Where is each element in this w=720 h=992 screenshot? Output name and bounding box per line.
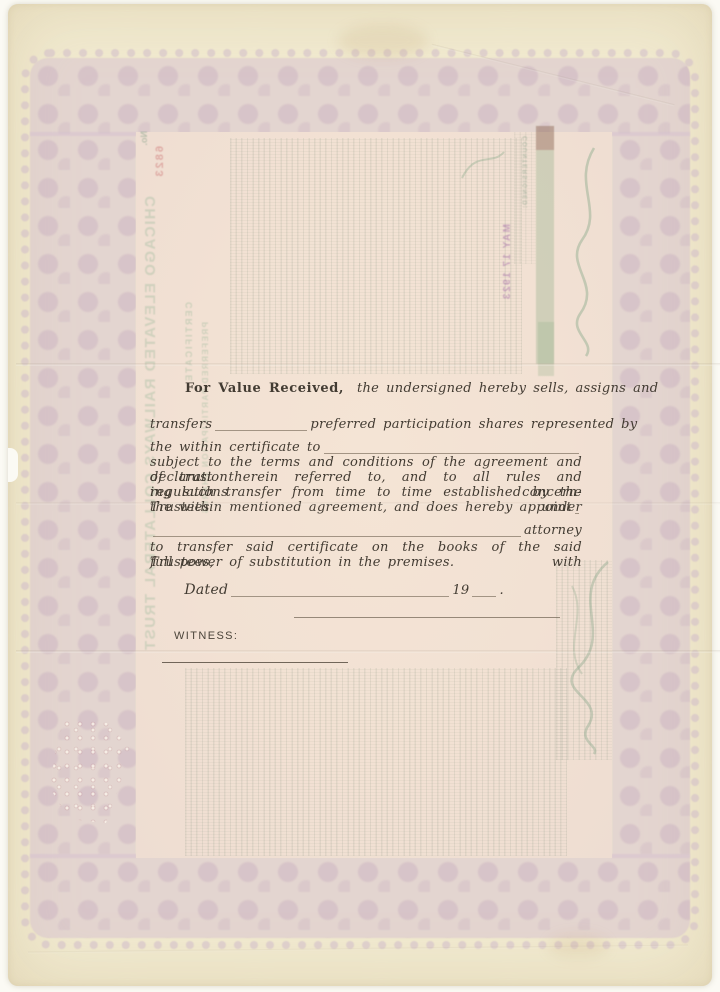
form-body-3: ing such transfer from time to time esta… bbox=[150, 485, 582, 501]
form-body-2: of trust therein referred to, and to all… bbox=[150, 470, 582, 486]
show-through-serial-label: No. bbox=[139, 131, 153, 157]
show-through-signature-small bbox=[458, 144, 508, 184]
show-through-serial-number: 6823 bbox=[154, 146, 168, 206]
show-through-text-columns-bottom bbox=[185, 668, 567, 856]
fold-crease-lower bbox=[16, 650, 720, 653]
form-body-6: full power of substitution in the premis… bbox=[150, 555, 582, 571]
appointee-blank bbox=[153, 524, 521, 537]
border-garland-bottom bbox=[30, 854, 690, 938]
line1-text: the undersigned hereby sells, assigns an… bbox=[357, 381, 658, 396]
dated-blank bbox=[231, 584, 449, 597]
form-attorney-line: attorney bbox=[150, 523, 582, 539]
fold-crease-upper bbox=[16, 363, 720, 366]
show-through-panel-cap bbox=[536, 126, 554, 150]
year-blank bbox=[472, 584, 496, 597]
border-garland-top bbox=[30, 58, 690, 136]
signature-line bbox=[294, 617, 560, 618]
shares-count-blank bbox=[215, 418, 307, 431]
show-through-date-stamp: MAY 17 1923 bbox=[502, 224, 518, 296]
form-line-1: For Value Received, the undersigned here… bbox=[150, 381, 582, 397]
witness-label: WITNESS: bbox=[174, 630, 606, 646]
line2-text: preferred participation shares represent… bbox=[310, 417, 637, 432]
fold-crease-middle bbox=[16, 502, 720, 505]
transferee-name-blank bbox=[324, 441, 579, 454]
stain-bottom bbox=[548, 934, 608, 958]
year-prefix: 19 bbox=[452, 583, 469, 598]
border-garland-right bbox=[612, 132, 690, 858]
show-through-front-title: CHICAGO ELEVATED RAILWAYS COLLATERAL TRU… bbox=[142, 196, 184, 844]
dated-label: Dated bbox=[184, 583, 228, 598]
certificate-to-label: the within certificate to bbox=[150, 440, 321, 455]
scanned-certificate-back: CHICAGO ELEVATED RAILWAYS COLLATERAL TRU… bbox=[0, 0, 720, 992]
salutation-text: For Value Received, bbox=[185, 381, 344, 396]
transfers-label: transfers bbox=[150, 417, 212, 432]
form-dated-line: Dated 19 . bbox=[150, 583, 582, 599]
stain-top bbox=[338, 24, 428, 58]
form-body-5: to transfer said certificate on the book… bbox=[150, 540, 582, 556]
show-through-signature-top-right bbox=[556, 144, 616, 359]
dated-period: . bbox=[499, 583, 503, 598]
show-through-green-panel-lower bbox=[538, 322, 554, 376]
show-through-countersigned-label: COUNTERSIGNED: bbox=[522, 136, 532, 256]
form-line-3: the within certificate to bbox=[150, 440, 582, 456]
form-body-1: subject to the terms and conditions of t… bbox=[150, 455, 582, 471]
form-line-2: transfers preferred participation shares… bbox=[150, 417, 582, 433]
witness-signature-line bbox=[162, 662, 348, 663]
paper-edge-notch bbox=[8, 448, 18, 482]
attorney-label: attorney bbox=[524, 523, 582, 538]
certificate-paper: CHICAGO ELEVATED RAILWAYS COLLATERAL TRU… bbox=[8, 4, 712, 986]
